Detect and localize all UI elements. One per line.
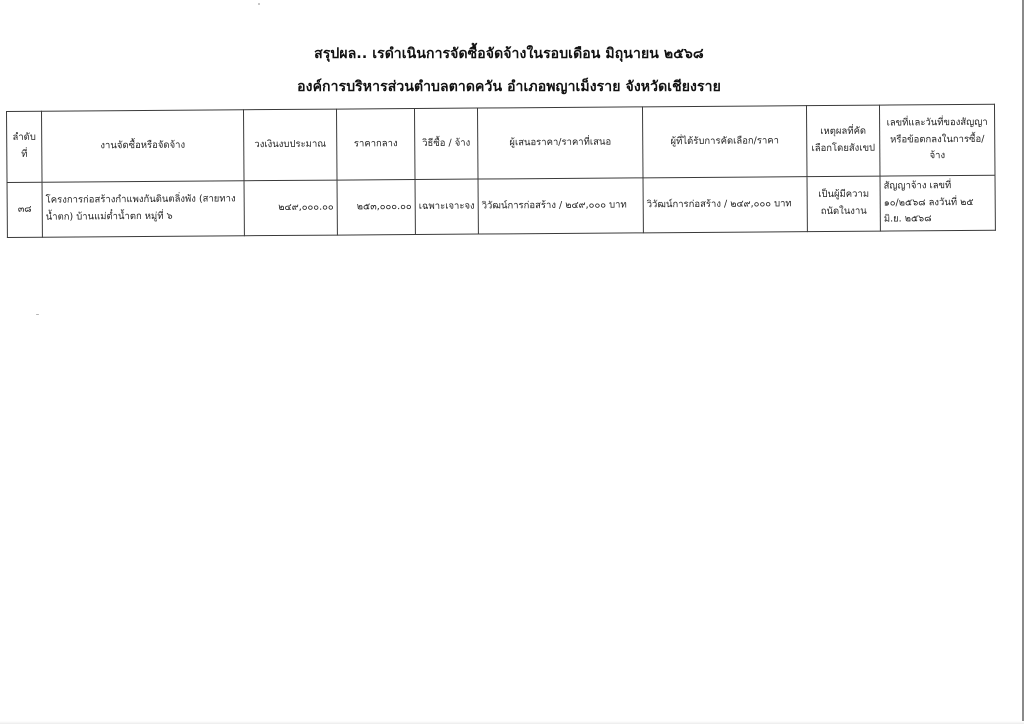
document-title: สรุปผล.. เรดำเนินการจัดซื้อจัดจ้างในรอบเ… <box>4 43 1014 65</box>
table-row: ๓๘ โครงการก่อสร้างกำแพงกันดินตลิ่งพัง (ส… <box>7 175 995 237</box>
procurement-summary-table: ลำดับที่ งานจัดซื้อหรือจัดจ้าง วงเงินงบป… <box>6 104 996 238</box>
cell-budget: ๒๔๙,๐๐๐.๐๐ <box>244 180 337 236</box>
table-header-row: ลำดับที่ งานจัดซื้อหรือจัดจ้าง วงเงินงบป… <box>7 104 995 182</box>
cell-reason: เป็นผู้มีความถนัดในงาน <box>807 176 880 231</box>
header-budget: วงเงินงบประมาณ <box>243 109 337 181</box>
cell-no: ๓๘ <box>7 182 42 237</box>
document-subtitle: องค์การบริหารส่วนตำบลตาดควัน อำเภอพญาเม็… <box>4 76 1014 98</box>
header-reason: เหตุผลที่คัดเลือกโดยสังเขป <box>806 105 880 177</box>
cell-selected-price: วิวัฒน์การก่อสร้าง / ๒๔๙,๐๐๐ บาท <box>643 177 807 233</box>
header-no: ลำดับที่ <box>7 111 43 182</box>
cell-project: โครงการก่อสร้างกำแพงกันดินตลิ่งพัง (สายท… <box>42 181 244 237</box>
cell-method: เฉพาะเจาะจง <box>415 179 478 234</box>
scan-speck <box>258 3 260 5</box>
cell-contract: สัญญาจ้าง เลขที่ ๑๐/๒๕๖๘ ลงวันที่ ๒๕ มิ.… <box>880 175 995 231</box>
header-reference-price: ราคากลาง <box>336 109 415 181</box>
header-project: งานจัดซื้อหรือจัดจ้าง <box>42 110 245 182</box>
header-selected-price: ผู้ที่ได้รับการคัดเลือก/ราคา <box>642 106 807 178</box>
cell-bidder-price: วิวัฒน์การก่อสร้าง / ๒๔๙,๐๐๐ บาท <box>478 178 643 234</box>
header-bidder-price: ผู้เสนอราคา/ราคาที่เสนอ <box>477 107 643 179</box>
cell-reference-price: ๒๕๓,๐๐๐.๐๐ <box>337 180 415 235</box>
header-contract: เลขที่และวันที่ของสัญญาหรือข้อตกลงในการซ… <box>879 104 995 176</box>
header-method: วิธีซื้อ / จ้าง <box>414 108 478 179</box>
scan-speck <box>36 314 39 315</box>
